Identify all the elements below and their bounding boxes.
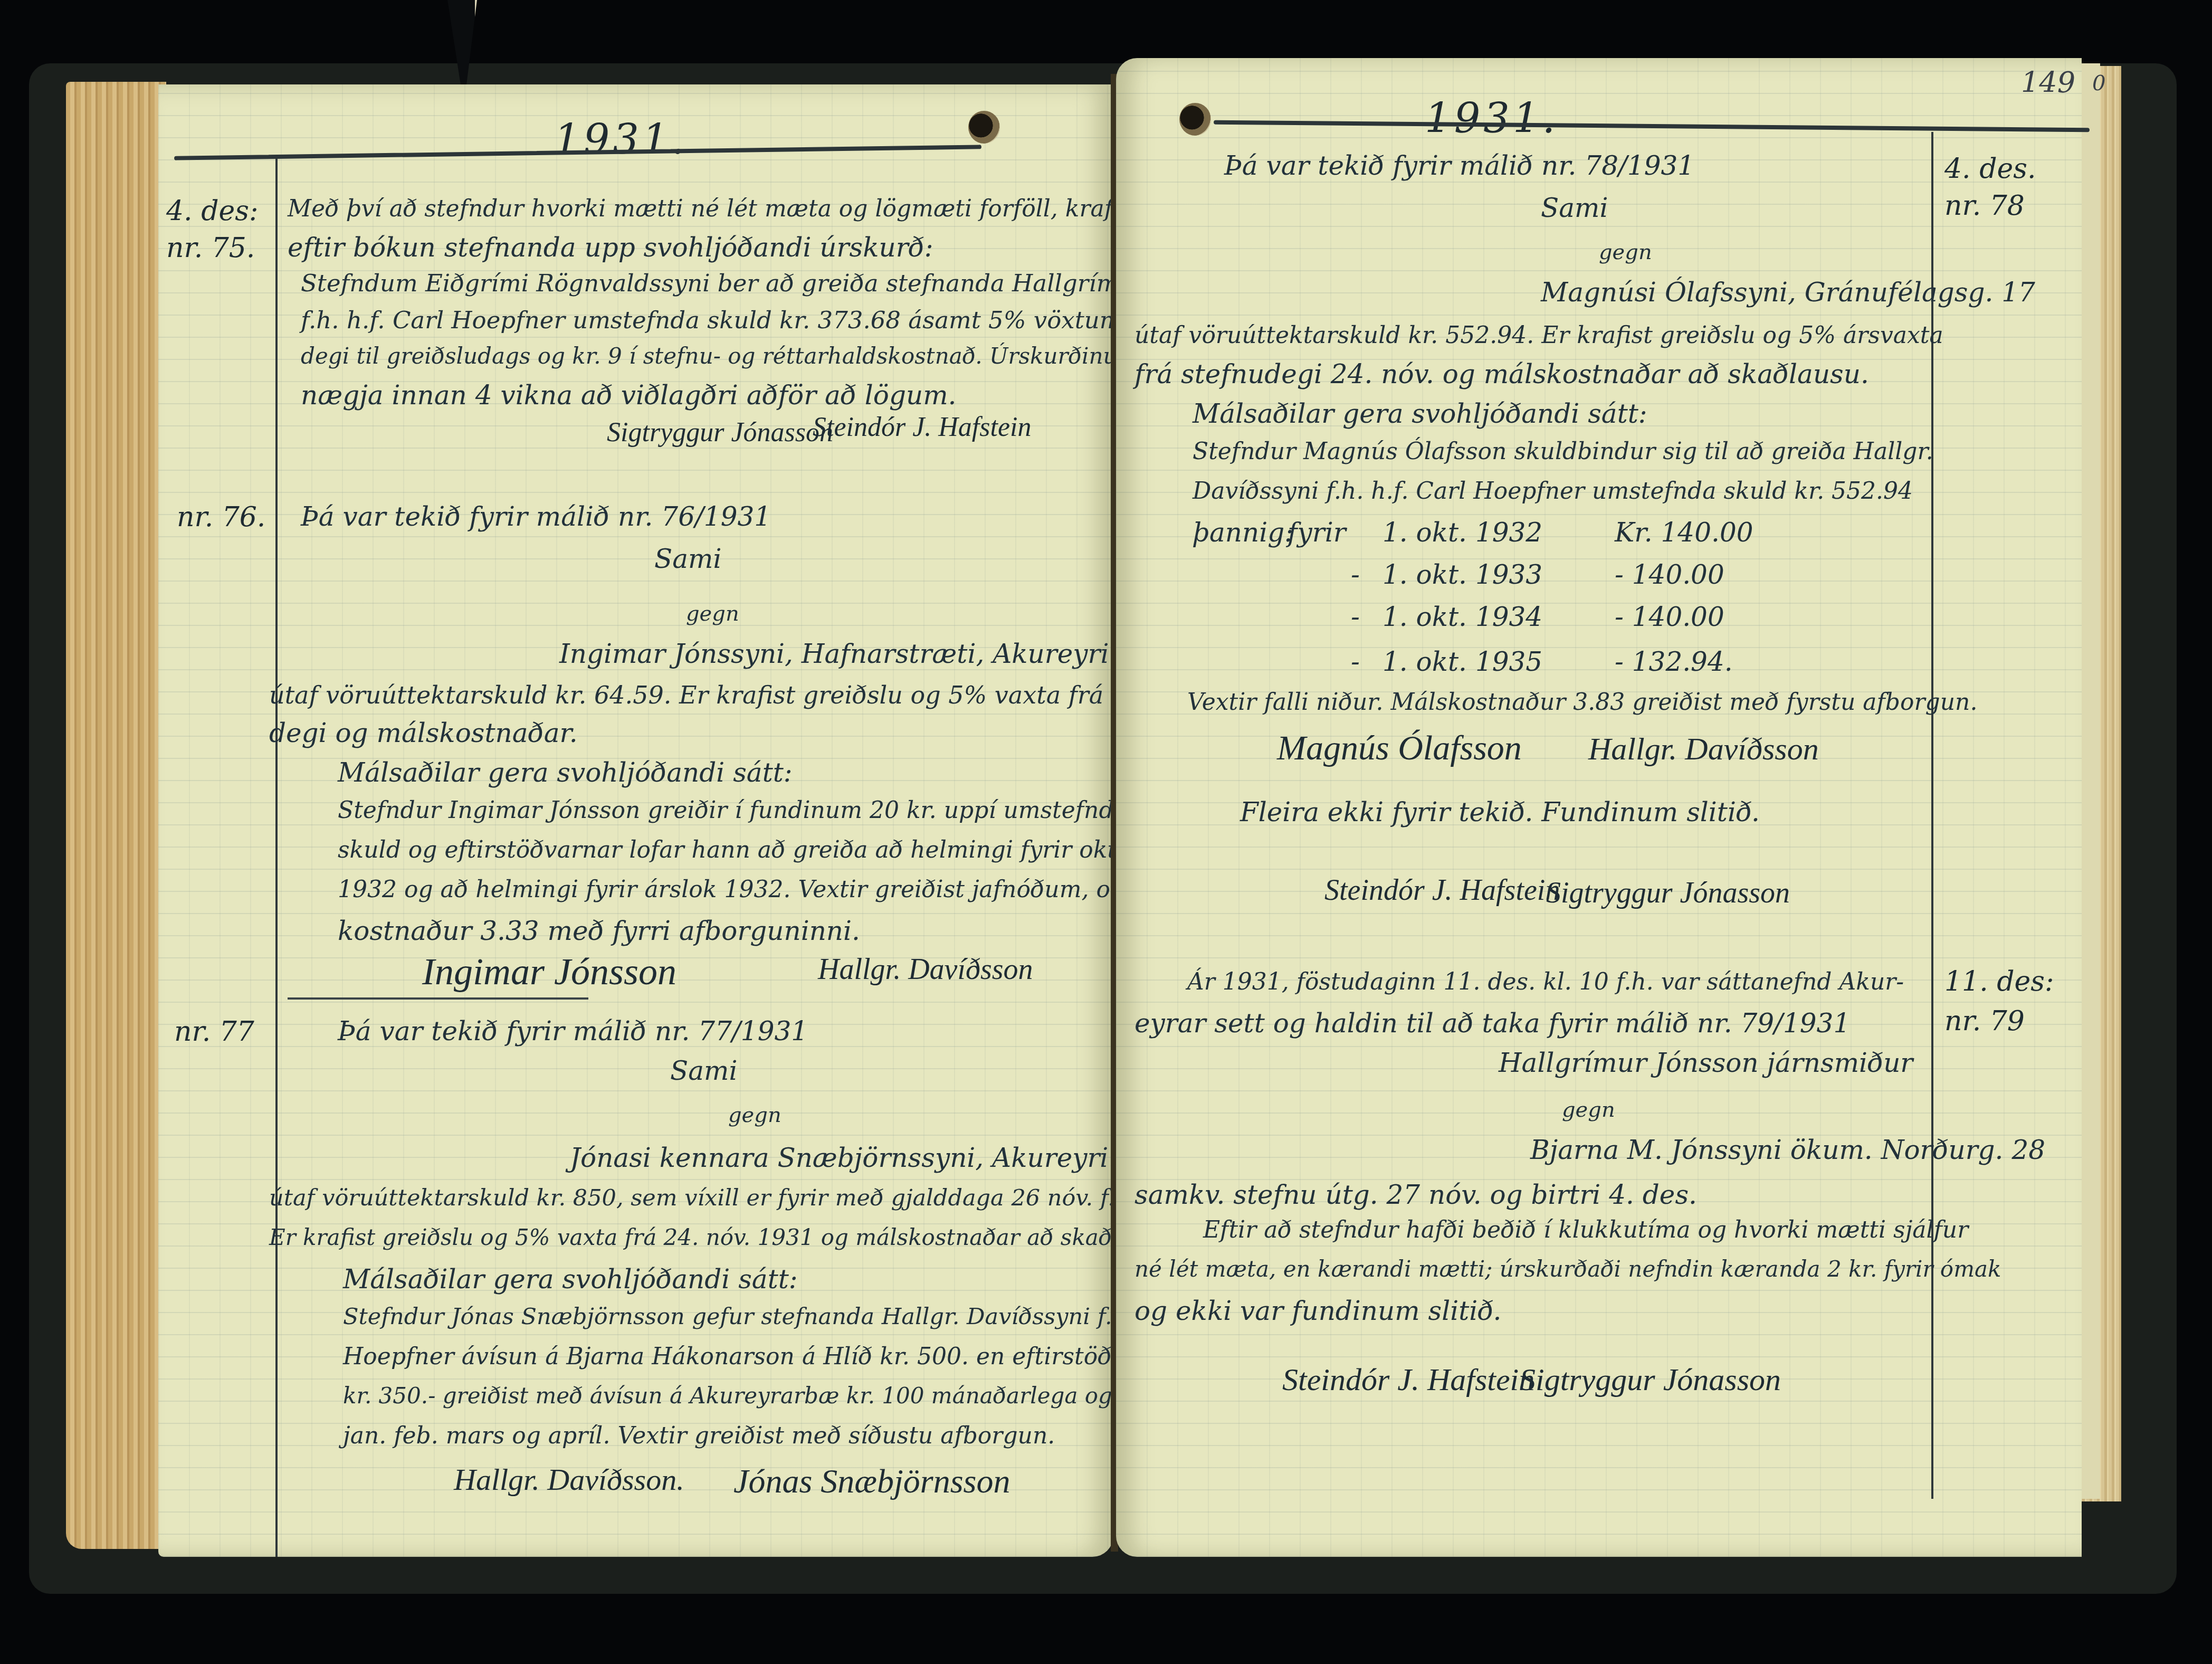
- signature: Steindór J. Hafstein: [813, 412, 1032, 443]
- text-line: Fleira ekki fyrir tekið. Fundinum slitið…: [1240, 797, 1760, 828]
- margin-case-number: nr. 78: [1944, 190, 2025, 222]
- text-line: Málsaðilar gera svohljóðandi sátt:: [338, 757, 793, 788]
- right-year-heading: 1931.: [1425, 95, 1558, 142]
- next-page-number-fragment: 0: [2092, 71, 2105, 96]
- text-line: útaf vöruúttektarskuld kr. 850, sem víxi…: [269, 1185, 1136, 1211]
- text-line: eyrar sett og haldin til að taka fyrir m…: [1134, 1008, 1850, 1039]
- text-line: Málsaðilar gera svohljóðandi sátt:: [343, 1264, 798, 1295]
- text-line: gegn: [728, 1103, 781, 1127]
- text-line: útaf vöruúttektarskuld kr. 64.59. Er kra…: [269, 681, 1196, 709]
- text-line: Stefndur Jónas Snæbjörnsson gefur stefna…: [343, 1304, 1235, 1330]
- text-line: Hallgrímur Jónsson járnsmiður: [1499, 1048, 1913, 1078]
- text-line: Sami: [670, 1056, 737, 1086]
- text-line: útaf vöruúttektarskuld kr. 552.94. Er kr…: [1134, 322, 1943, 349]
- text-line: nægja innan 4 vikna að viðlagðri aðför a…: [301, 380, 956, 411]
- text-line: Eftir að stefndur hafði beðið í klukkutí…: [1203, 1216, 1968, 1243]
- text-line: gegn: [686, 602, 739, 626]
- entry-separator: [288, 997, 588, 1000]
- text-line: Davíðssyni f.h. h.f. Carl Hoepfner umste…: [1193, 478, 1913, 505]
- installment-prefix: -: [1351, 646, 1360, 677]
- text-line: Magnúsi Ólafssyni, Gránufélagsg. 17: [1541, 277, 2035, 308]
- text-line: jan. feb. mars og apríl. Vextir greiðist…: [343, 1422, 1055, 1449]
- signature: Steindór J. Hafstein: [1324, 873, 1560, 907]
- signature: Ingimar Jónsson: [422, 950, 676, 994]
- signature: Hallgr. Davíðsson: [818, 953, 1033, 986]
- signature: Sigtryggur Jónasson: [1520, 1362, 1781, 1398]
- margin-date: 4. des.: [1944, 153, 2036, 185]
- text-line: Jónasi kennara Snæbjörnssyni, Akureyri.: [570, 1143, 1117, 1173]
- text-line: Vextir falli niður. Málskostnaður 3.83 g…: [1187, 689, 1977, 716]
- text-line: Ár 1931, föstudaginn 11. des. kl. 10 f.h…: [1187, 968, 1904, 995]
- text-line: kr. 350.- greiðist með ávísun á Akureyra…: [343, 1383, 1219, 1409]
- text-line: Bjarna M. Jónssyni ökum. Norðurg. 28: [1530, 1135, 2045, 1165]
- text-line: Þá var tekið fyrir málið nr. 78/1931: [1224, 150, 1694, 181]
- signature: Sigtryggur Jónasson: [607, 417, 833, 448]
- signature: Sigtryggur Jónasson: [1546, 876, 1790, 910]
- signature: Steindór J. Hafstein: [1282, 1362, 1534, 1398]
- text-line: Sami: [654, 544, 721, 574]
- text-line: samkv. stefnu útg. 27 nóv. og birtri 4. …: [1134, 1180, 1697, 1210]
- installment-date: 1. okt. 1932: [1382, 517, 1542, 548]
- punch-hole-right: [1179, 103, 1211, 136]
- signature: Jónas Snæbjörnsson: [733, 1462, 1010, 1501]
- installment-date: 1. okt. 1934: [1382, 602, 1542, 632]
- installment-amount: Kr. 140.00: [1615, 517, 1753, 548]
- page-number: 149: [2021, 66, 2075, 99]
- text-line: frá stefnudegi 24. nóv. og málskostnaðar…: [1134, 359, 1869, 389]
- text-line: Stefndur Magnús Ólafsson skuldbindur sig…: [1193, 438, 1933, 465]
- installment-amount: - 140.00: [1615, 559, 1724, 590]
- margin-case-number: nr. 76.: [177, 501, 265, 533]
- text-line: né lét mæta, en kærandi mætti; úrskurðað…: [1134, 1256, 2001, 1282]
- left-page-edges: [66, 82, 166, 1549]
- signature: Hallgr. Davíðsson.: [454, 1462, 684, 1497]
- installment-amount: - 132.94.: [1615, 646, 1733, 677]
- text-line: Ingimar Jónssyni, Hafnarstræti, Akureyri…: [559, 639, 1117, 669]
- installment-date: 1. okt. 1935: [1382, 646, 1542, 677]
- text-line: gegn: [1562, 1098, 1615, 1122]
- text-line: degi og málskostnaðar.: [269, 718, 578, 748]
- punch-hole-left: [968, 111, 1000, 144]
- text-line: Stefndur Ingimar Jónsson greiðir í fundi…: [338, 797, 1128, 824]
- text-line: skuld og eftirstöðvarnar lofar hann að g…: [338, 836, 1170, 863]
- text-line: Sami: [1541, 193, 1608, 223]
- text-line: gegn: [1599, 240, 1652, 264]
- text-line: kostnaður 3.33 með fyrri afborguninni.: [338, 916, 860, 946]
- text-line: Hoepfner ávísun á Bjarna Hákonarson á Hl…: [343, 1343, 1189, 1370]
- text-line: og ekki var fundinum slitið.: [1134, 1296, 1501, 1326]
- text-line: Þá var tekið fyrir málið nr. 77/1931: [338, 1016, 808, 1047]
- text-line: Málsaðilar gera svohljóðandi sátt:: [1193, 398, 1647, 429]
- installment-prefix: -: [1351, 602, 1360, 632]
- margin-date: 11. des:: [1944, 966, 2054, 997]
- margin-date: 4. des:: [166, 195, 258, 227]
- signature: Hallgr. Davíðsson: [1588, 731, 1819, 767]
- installment-date: 1. okt. 1933: [1382, 559, 1542, 590]
- text-line: Er krafist greiðslu og 5% vaxta frá 24. …: [269, 1224, 1179, 1250]
- text-line: þannig:: [1193, 517, 1293, 548]
- left-margin-column-line: [275, 158, 278, 1557]
- signature: Magnús Ólafsson: [1277, 728, 1522, 768]
- installment-amount: - 140.00: [1615, 602, 1724, 632]
- margin-case-number: nr. 77: [174, 1016, 254, 1048]
- text-line: Þá var tekið fyrir málið nr. 76/1931: [301, 501, 771, 532]
- text-line: 1932 og að helmingi fyrir árslok 1932. V…: [338, 876, 1196, 903]
- left-year-heading: 1931.: [554, 116, 688, 164]
- text-line: eftir bókun stefnanda upp svohljóðandi ú…: [288, 232, 933, 263]
- margin-case-number: nr. 79: [1944, 1005, 2025, 1037]
- margin-case-number: nr. 75.: [166, 232, 255, 264]
- installment-prefix: fyrir: [1288, 517, 1346, 548]
- installment-prefix: -: [1351, 559, 1360, 590]
